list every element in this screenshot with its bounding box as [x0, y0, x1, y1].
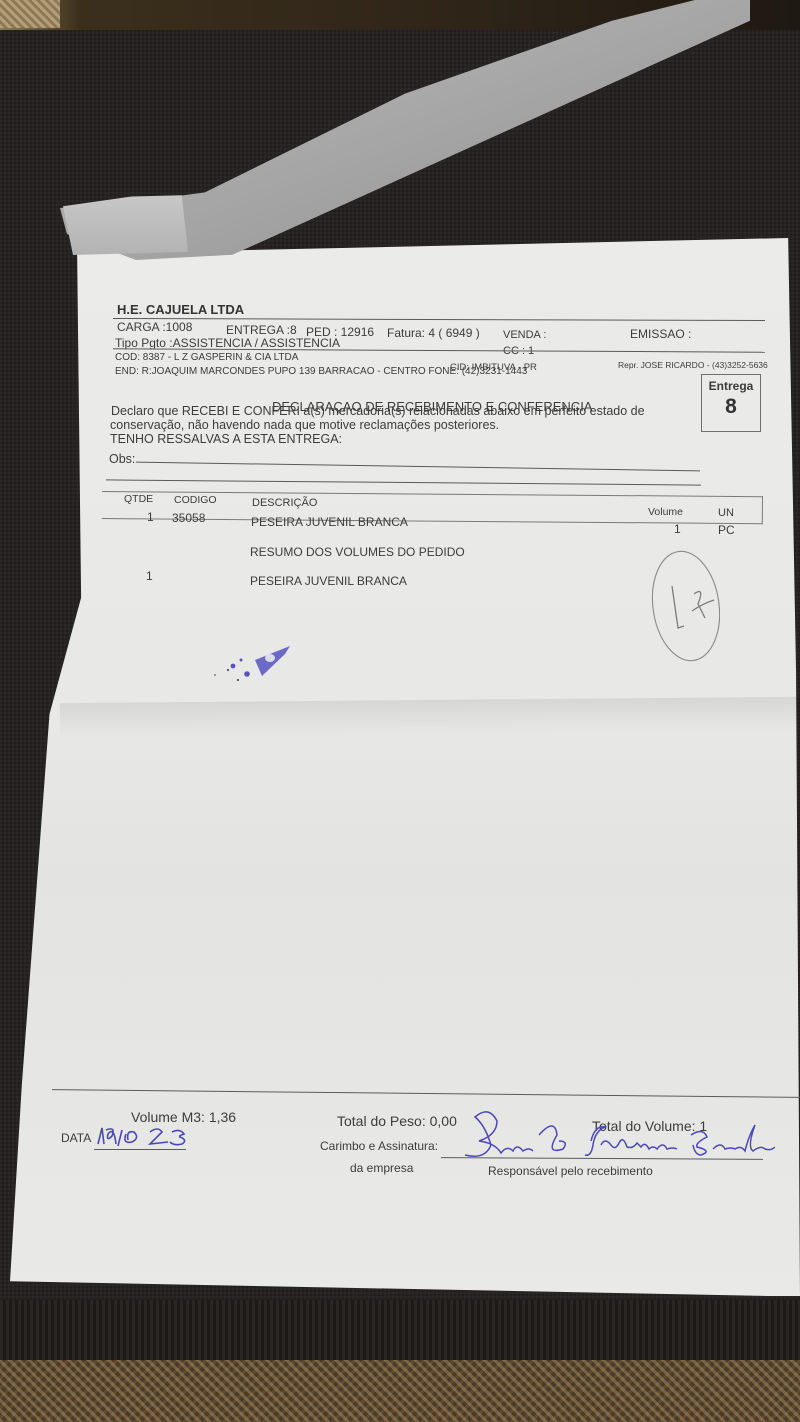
col-qtde: QTDE	[124, 493, 153, 505]
entrega-box: Entrega 8	[701, 374, 761, 432]
repr-field: Repr. JOSE RICARDO - (43)3252-5636	[618, 360, 768, 370]
handwritten-date	[94, 1124, 204, 1152]
circled-17-pencil-mark	[650, 548, 720, 668]
declaration-line-2: conservação, não havendo nada que motive…	[110, 418, 499, 432]
recipient-signature	[445, 1105, 775, 1167]
fatura-field: Fatura: 4 ( 6949 )	[387, 326, 480, 340]
entrega-field: ENTREGA :8	[226, 323, 297, 337]
row-qtde: 1	[147, 510, 154, 524]
address-field: END: R:JOAQUIM MARCONDES PUPO 139 BARRAC…	[115, 366, 527, 377]
emissao-field: EMISSAO :	[630, 327, 691, 341]
carpet-background	[0, 1300, 800, 1422]
data-label: DATA	[61, 1131, 91, 1145]
cod-client-field: COD: 8387 - L Z GASPERIN & CIA LTDA	[115, 352, 298, 363]
col-un: UN	[718, 507, 734, 519]
volume-m3: Volume M3: 1,36	[131, 1109, 236, 1125]
venda-field: VENDA :	[503, 329, 546, 341]
summary-title: RESUMO DOS VOLUMES DO PEDIDO	[250, 545, 465, 559]
paper-fold-crease	[60, 697, 800, 738]
declaration-line-3: TENHO RESSALVAS A ESTA ENTREGA:	[110, 432, 342, 446]
entrega-box-label: Entrega	[702, 379, 760, 393]
ink-stamp-smudge	[200, 640, 300, 690]
row-codigo: 35058	[172, 511, 205, 525]
col-descricao: DESCRIÇÃO	[252, 497, 317, 509]
col-volume: Volume	[648, 506, 683, 518]
da-empresa-label: da empresa	[350, 1161, 413, 1175]
row-volume: 1	[674, 522, 681, 536]
company-name: H.E. CAJUELA LTDA	[117, 302, 244, 317]
total-peso: Total do Peso: 0,00	[337, 1113, 457, 1129]
col-codigo: CODIGO	[174, 494, 217, 506]
carimbo-label: Carimbo e Assinatura:	[320, 1139, 438, 1153]
carga-field: CARGA :1008	[117, 320, 192, 334]
row-un: PC	[718, 523, 735, 537]
declaration-line-1: Declaro que RECEBI E CONFERI a(s) mercad…	[111, 404, 645, 418]
summary-qtde: 1	[146, 569, 153, 583]
entrega-box-number: 8	[702, 395, 760, 419]
obs-label: Obs:	[109, 452, 135, 466]
row-descricao: PESEIRA JUVENIL BRANCA	[251, 515, 408, 529]
summary-descricao: PESEIRA JUVENIL BRANCA	[250, 574, 407, 588]
